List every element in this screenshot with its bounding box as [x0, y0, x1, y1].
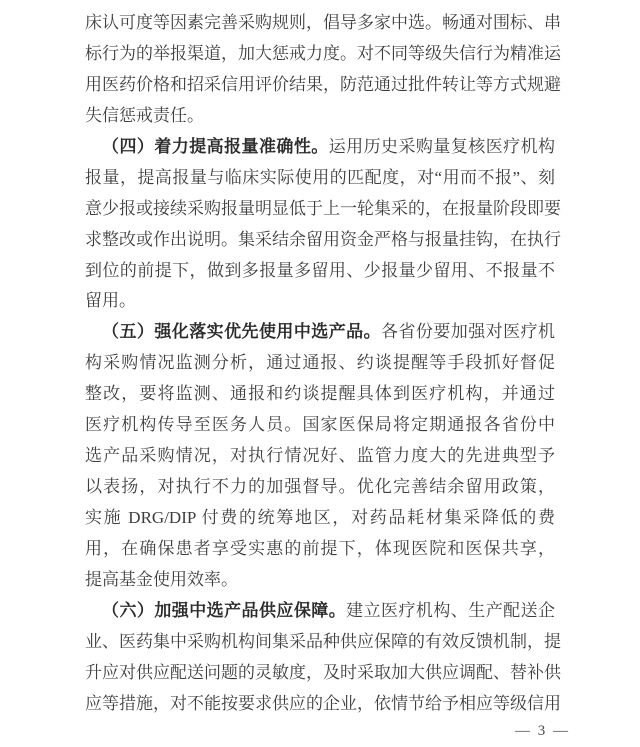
text-line: （五）强化落实优先使用中选产品。各省份要加强对医疗机 — [85, 317, 555, 348]
document-page: 床认可度等因素完善采购规则，倡导多家中选。畅通对围标、串标行为的举报渠道，加大惩… — [0, 0, 640, 747]
text-line: 实施 DRG/DIP 付费的统筹地区，对药品耗材集采降低的费 — [85, 503, 555, 534]
text-line: （四）着力提高报量准确性。运用历史采购量复核医疗机构 — [85, 132, 555, 163]
text-line: 求整改或作出说明。集采结余留用资金严格与报量挂钩，在执行 — [85, 225, 555, 256]
document-body: 床认可度等因素完善采购规则，倡导多家中选。畅通对围标、串标行为的举报渠道，加大惩… — [85, 8, 555, 720]
text-line: 留用。 — [85, 286, 555, 317]
text-line: 到位的前提下，做到多报量多留用、少报量少留用、不报量不 — [85, 256, 555, 287]
text-line: 构采购情况监测分析，通过通报、约谈提醒等手段抓好督促 — [85, 348, 555, 379]
paragraph-heading: （六）加强中选产品供应保障。 — [102, 601, 346, 620]
paragraph-heading: （五）强化落实优先使用中选产品。 — [102, 322, 381, 341]
text-line: 意少报或接续采购报量明显低于上一轮集采的，在报量阶段即要 — [85, 194, 555, 225]
text-line: 标行为的举报渠道，加大惩戒力度。对不同等级失信行为精准运 — [85, 39, 555, 70]
text-line: 以表扬，对执行不力的加强督导。优化完善结余留用政策， — [85, 472, 555, 503]
text-line: 提高基金使用效率。 — [85, 565, 555, 596]
text-line: 整改，要将监测、通报和约谈提醒具体到医疗机构，并通过 — [85, 379, 555, 410]
text-line: （六）加强中选产品供应保障。建立医疗机构、生产配送企 — [85, 596, 555, 627]
text-line: 升应对供应配送问题的灵敏度，及时采取加大供应调配、替补供 — [85, 658, 555, 689]
paragraph-heading: （四）着力提高报量准确性。 — [102, 137, 329, 156]
text-line: 失信惩戒责任。 — [85, 101, 555, 132]
text-line: 用医药价格和招采信用评价结果，防范通过批件转让等方式规避 — [85, 70, 555, 101]
text-line: 床认可度等因素完善采购规则，倡导多家中选。畅通对围标、串 — [85, 8, 555, 39]
text-line: 用，在确保患者享受实惠的前提下，体现医院和医保共享， — [85, 534, 555, 565]
text-line: 业、医药集中采购机构间集采品种供应保障的有效反馈机制，提 — [85, 627, 555, 658]
text-line: 医疗机构传导至医务人员。国家医保局将定期通报各省份中 — [85, 410, 555, 441]
text-line: 报量，提高报量与临床实际使用的匹配度，对“用而不报”、刻 — [85, 163, 555, 194]
text-line: 应等措施，对不能按要求供应的企业，依情节给予相应等级信用 — [85, 689, 555, 720]
page-number: — 3 — — [515, 723, 570, 740]
text-line: 选产品采购情况，对执行情况好、监管力度大的先进典型予 — [85, 441, 555, 472]
